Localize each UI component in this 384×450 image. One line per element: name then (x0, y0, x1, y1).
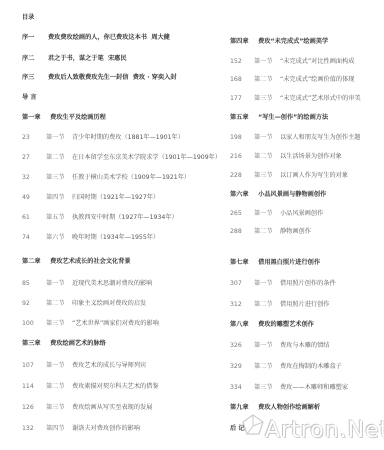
page-number: 92 (22, 300, 46, 308)
section-title: 以订画人作为写生的对象 (280, 172, 348, 179)
section-row[interactable]: 107第一节费玫艺术的成长与导师列宾 (22, 362, 146, 370)
section-row[interactable]: 126第三节费玫绘画从写实至表现的发展 (22, 404, 152, 412)
chapter-label: 第五章 (230, 114, 256, 122)
section-title: “艺术世界”画家们对费玫的影响 (72, 320, 159, 327)
chapter-title: 费玫人物创作绘画解析 (258, 404, 320, 411)
section-title: 近现代美术思潮对费玫的影响 (72, 280, 152, 287)
section-row[interactable]: 114第二节费玫素描对契尔科夫艺术的借鉴 (22, 383, 159, 391)
section-row[interactable]: 329第二节费玫在掏制的木雕盒子 (230, 363, 342, 371)
chapter-title: 费玫艺术成长的社会文化背景 (50, 258, 130, 265)
chapter-title: 费玫生平及绘画历程 (50, 114, 106, 121)
page-number: 132 (22, 425, 46, 433)
section-row[interactable]: 27第二节在日本留学至东京美术学院求学（1901年—1909年） (22, 154, 221, 162)
section-title: 费玫在掏制的木雕盒子 (280, 363, 342, 370)
chapter-title: 借用黑白照片进行创作 (258, 259, 320, 266)
chapter-label: 第八章 (230, 321, 256, 329)
section-title: 费玫绘画从写实至表现的发展 (72, 404, 152, 411)
page-number: 307 (230, 280, 254, 288)
page-number: 49 (22, 194, 46, 202)
watermark: Artron.Net (265, 418, 384, 443)
section-title: 以生活场景为创作对象 (280, 153, 342, 160)
preface-title: 费玫费玫绘画的人，你已费玫这本书 (48, 34, 147, 41)
section-title: 费玫与木雕的情结 (280, 342, 330, 349)
section-row[interactable]: 288第二节静物画创作 (230, 228, 311, 236)
section-label: 第三节 (254, 384, 280, 392)
section-label: 第四节 (46, 425, 72, 433)
chapter-6-heading[interactable]: 第六章 小品风景画与静物画创作 (230, 191, 326, 199)
section-row[interactable]: 152第一节“未完成式”对比性画面构成 (230, 58, 354, 66)
section-row[interactable]: 216第二节以生活场景为创作对象 (230, 153, 342, 161)
section-label: 第一节 (254, 134, 280, 142)
chapter-title: 费玫的雕塑艺术创作 (258, 321, 314, 328)
section-label: 第三节 (254, 172, 280, 180)
section-label: 第二节 (254, 301, 280, 309)
section-row[interactable]: 198第一节以家人和朋友写生为创作主题 (230, 134, 360, 142)
preface-title: 费玫后人致敬费玫先生一封信 (48, 74, 128, 81)
page-number: 32 (22, 174, 46, 182)
section-label: 第二节 (254, 153, 280, 161)
page-number: 334 (230, 384, 254, 392)
section-label: 第一节 (254, 280, 280, 288)
section-row[interactable]: 49第四节归国时期（1921年—1927年） (22, 194, 159, 202)
chapter-1-heading[interactable]: 第一章 费玫生平及绘画历程 (22, 114, 106, 122)
section-row[interactable]: 265第一节小品风景画创作 (230, 210, 323, 218)
section-label: 第一节 (254, 342, 280, 350)
section-title: 晚年时期（1934年—1955年） (72, 234, 159, 241)
section-row[interactable]: 132第四节谢洛夫对费玫创作的影响 (22, 425, 140, 433)
section-label: 第一节 (46, 280, 72, 288)
section-title: 青少年时期的费玫（1881年—1901年） (72, 134, 184, 141)
preface-1[interactable]: 序一费玫费玫绘画的人，你已费玫这本书 周大健 (22, 34, 170, 42)
page-number: 168 (230, 76, 254, 84)
page-number: 265 (230, 210, 254, 218)
section-title: 费玫素描对契尔科夫艺术的借鉴 (72, 383, 159, 390)
preface-2[interactable]: 序二君之于书，谋之于笔 宋惠民 (22, 55, 127, 63)
section-title: 费玫——木雕师和雕塑家 (280, 384, 348, 391)
chapter-title: 小品风景画与静物画创作 (258, 191, 326, 198)
section-row[interactable]: 74第六节晚年时期（1934年—1955年） (22, 234, 159, 242)
section-title: 执教西安中时期（1927年—1934年） (72, 214, 178, 221)
section-title: 谢洛夫对费玫创作的影响 (72, 425, 140, 432)
page-number: 177 (230, 95, 254, 103)
section-label: 第一节 (46, 134, 72, 142)
page-number: 85 (22, 280, 46, 288)
page-number: 228 (230, 172, 254, 180)
preface-label: 序二 (22, 55, 48, 63)
page-number: 107 (22, 362, 46, 370)
section-title: 借用照片进行创作 (280, 301, 330, 308)
chapter-label: 第三章 (22, 340, 48, 348)
chapter-label: 第九章 (230, 404, 256, 412)
section-row[interactable]: 92第二节印象主义绘画对费玫的启发 (22, 300, 146, 308)
section-title: 印象主义绘画对费玫的启发 (72, 300, 146, 307)
page-number: 23 (22, 134, 46, 142)
chapter-9-heading[interactable]: 第九章 费玫人物创作绘画解析 (230, 404, 320, 412)
intro[interactable]: 导 言 (22, 94, 37, 102)
preface-title: 君之于书，谋之于笔 (48, 55, 104, 62)
section-label: 第六节 (46, 234, 72, 242)
section-row[interactable]: 326第一节费玫与木雕的情结 (230, 342, 330, 350)
chapter-title: 费玫绘画艺术的脉络 (50, 340, 106, 347)
section-row[interactable]: 85第一节近现代美术思潮对费玫的影响 (22, 280, 152, 288)
page-number: 114 (22, 383, 46, 391)
section-label: 第二节 (254, 228, 280, 236)
section-title: 小品风景画创作 (280, 210, 323, 217)
chapter-label: 第七章 (230, 259, 256, 267)
section-label: 第五节 (46, 214, 72, 222)
page-number: 152 (230, 58, 254, 66)
page-number: 100 (22, 320, 46, 328)
section-title: 借用照片创作的条件 (280, 280, 336, 287)
chapter-label: 第六章 (230, 191, 256, 199)
preface-3[interactable]: 序三费玫后人致敬费玫先生一封信 费玫 · 穿奕入封 (22, 74, 177, 82)
toc-title: 目录 (22, 14, 34, 22)
chapter-label: 第四章 (230, 38, 256, 46)
section-label: 第一节 (254, 210, 280, 218)
section-label: 第三节 (46, 320, 72, 328)
section-row[interactable]: 177第三节“未完成式”艺术形式中的审美 (230, 95, 361, 103)
chapter-2-heading[interactable]: 第二章 费玫艺术成长的社会文化背景 (22, 258, 131, 266)
section-label: 第三节 (254, 95, 280, 103)
section-title: “未完成式”对比性画面构成 (280, 58, 354, 65)
section-label: 第二节 (46, 154, 72, 162)
page-number: 61 (22, 214, 46, 222)
chapter-5-heading[interactable]: 第五章 “写生—创作”的绘画方法 (230, 114, 328, 122)
page-number: 198 (230, 134, 254, 142)
preface-author: 费玫 · 穿奕入封 (133, 74, 177, 81)
chapter-7-heading[interactable]: 第七章 借用黑白照片进行创作 (230, 259, 320, 267)
page-number: 288 (230, 228, 254, 236)
page-number: 326 (230, 342, 254, 350)
section-row[interactable]: 100第三节“艺术世界”画家们对费玫的影响 (22, 320, 159, 328)
chapter-3-heading[interactable]: 第三章 费玫绘画艺术的脉络 (22, 340, 106, 348)
page-number: 312 (230, 301, 254, 309)
chapter-label: 第二章 (22, 258, 48, 266)
preface-label: 序一 (22, 34, 48, 42)
section-row[interactable]: 23第一节青少年时期的费玫（1881年—1901年） (22, 134, 184, 142)
preface-label: 序三 (22, 74, 48, 82)
section-title: 以家人和朋友写生为创作主题 (280, 134, 360, 141)
section-label: 第二节 (254, 363, 280, 371)
section-label: 第二节 (46, 383, 72, 391)
section-title: “未完成式”艺术形式中的审美 (280, 95, 361, 102)
section-title: 静物画创作 (280, 228, 311, 235)
page-number: 126 (22, 404, 46, 412)
artron-logo-icon (242, 414, 264, 436)
section-title: 费玫艺术的成长与导师列宾 (72, 362, 146, 369)
section-title: 归国时期（1921年—1927年） (72, 194, 159, 201)
section-label: 第一节 (46, 362, 72, 370)
section-label: 第四节 (46, 194, 72, 202)
page-number: 216 (230, 153, 254, 161)
section-row[interactable]: 334第三节费玫——木雕师和雕塑家 (230, 384, 348, 392)
chapter-title: 费玫“未完成式”绘画美学 (258, 38, 328, 45)
section-row[interactable]: 61第五节执教西安中时期（1927年—1934年） (22, 214, 178, 222)
section-label: 第三节 (46, 404, 72, 412)
chapter-label: 第一章 (22, 114, 48, 122)
chapter-8-heading[interactable]: 第八章 费玫的雕塑艺术创作 (230, 321, 314, 329)
section-label: 第三节 (46, 174, 72, 182)
chapter-title: “写生—创作”的绘画方法 (258, 114, 328, 121)
page-number: 329 (230, 363, 254, 371)
section-row[interactable]: 168第二节“未完成式”绘画价值的体现 (230, 76, 354, 84)
section-label: 第二节 (254, 76, 280, 84)
section-row[interactable]: 307第一节借用照片创作的条件 (230, 280, 336, 288)
preface-author: 周大健 (151, 34, 170, 41)
chapter-4-heading[interactable]: 第四章 费玫“未完成式”绘画美学 (230, 38, 328, 46)
section-title: 在日本留学至东京美术学院求学（1901年—1909年） (72, 154, 221, 161)
page-number: 27 (22, 154, 46, 162)
section-row[interactable]: 228第三节以订画人作为写生的对象 (230, 172, 348, 180)
page-number: 74 (22, 234, 46, 242)
section-label: 第一节 (254, 58, 280, 66)
section-title: “未完成式”绘画价值的体现 (280, 76, 354, 83)
preface-author: 宋惠民 (108, 55, 127, 62)
section-row[interactable]: 32第三节任教于横山美术学校（1909年—1921年） (22, 174, 190, 182)
section-row[interactable]: 312第二节借用照片进行创作 (230, 301, 330, 309)
section-title: 任教于横山美术学校（1909年—1921年） (72, 174, 190, 181)
section-label: 第二节 (46, 300, 72, 308)
